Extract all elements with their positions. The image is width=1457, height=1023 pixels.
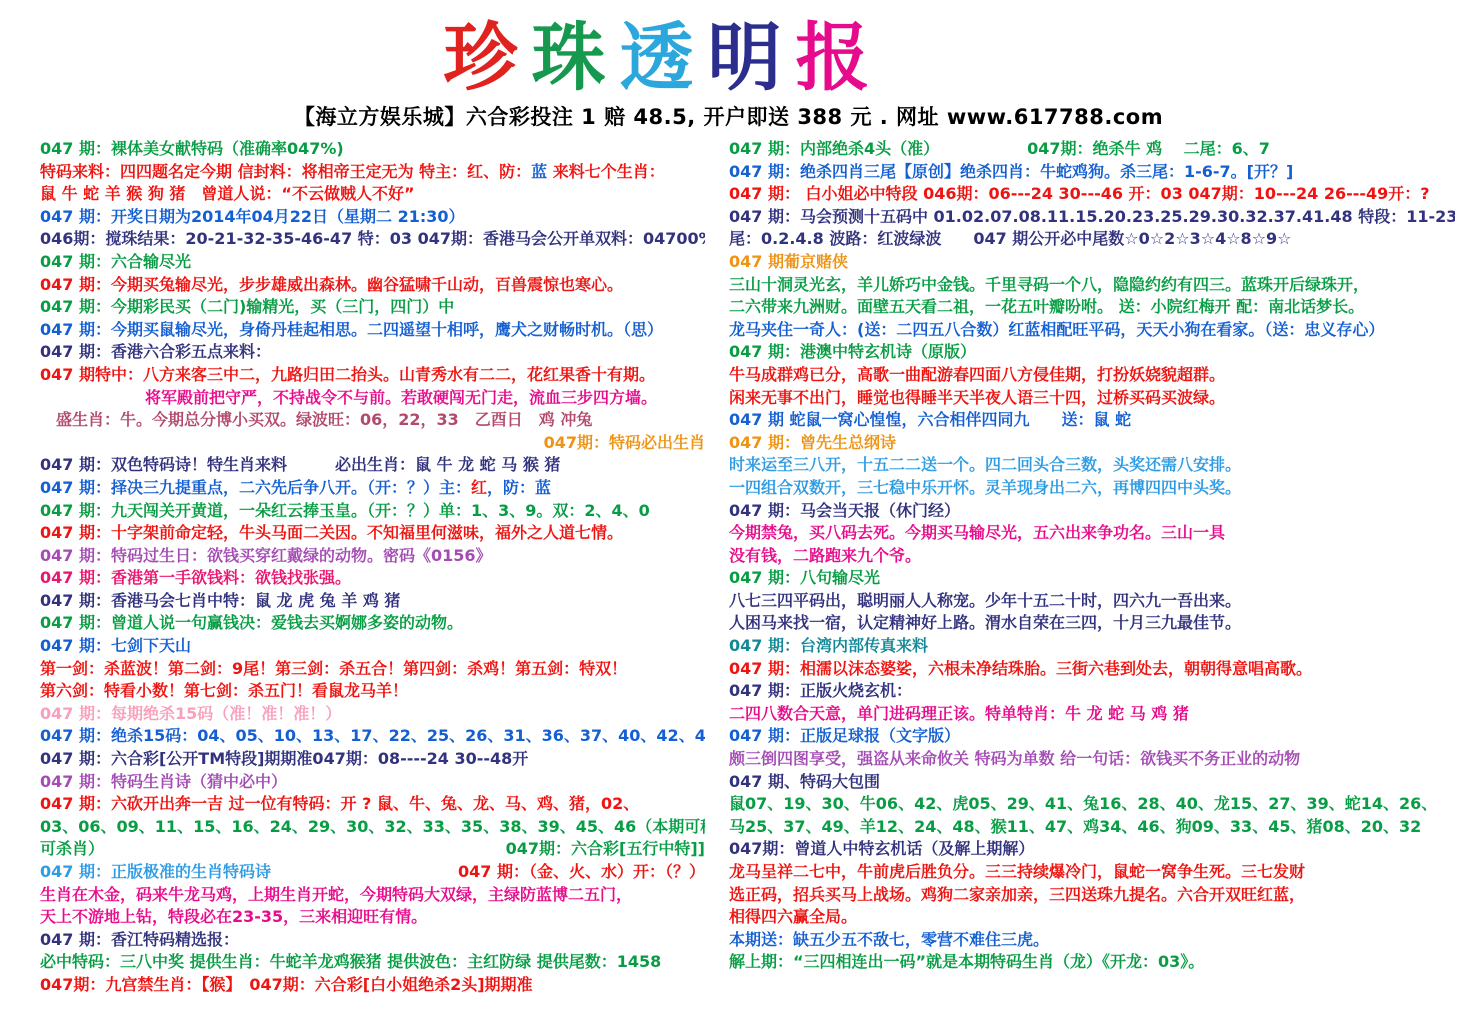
text-segment: 047 期：开奖日期为2014年04月22日（星期二 21:30）: [40, 207, 465, 226]
text-line: 047期：特码必出生肖: [40, 432, 705, 455]
text-segment: 047 期：正版火烧玄机：: [729, 681, 912, 700]
text-line: 尾：0.2.4.8 波路：红波绿波 047 期公开必中尾数☆0☆2☆3☆4☆8☆…: [729, 228, 1455, 251]
text-segment: 047 期：正版足球报（文字版）: [729, 726, 960, 745]
text-segment: 047 期：曾道人说一句赢钱决：爱钱去买婀娜多姿的动物。: [40, 613, 463, 632]
text-segment: 047 期：八句输尽光: [729, 568, 880, 587]
text-segment: 来料七个生肖：: [547, 162, 665, 181]
text-line: 047 期：择决三九提重点，二六先后争八开。（开：？）主：红，防：蓝: [40, 477, 705, 500]
text-line: 047 期：今期买兔输尽光，步步雄威出森林。幽谷猛啸千山动，百兽震惊也寒心。: [40, 274, 705, 297]
text-segment: 047 期：裸体美女献特码（准确率047%): [40, 139, 344, 158]
text-segment: 047 期：相濡以沫态婆娑，六根未净结珠胎。三街六巷到处去，朝朝得意唱高歌。: [729, 659, 1312, 678]
text-segment: 第六剑：特看小数！第七剑：杀五门！看鼠龙马羊！: [40, 681, 408, 700]
text-segment-group: 047 期：正版极准的生肖特码诗: [40, 861, 271, 884]
text-line: 人困马来找一宿，认定精神好上路。渭水自荣在三四，十月三九最佳节。: [729, 612, 1455, 635]
title-char: 珠: [532, 18, 620, 98]
text-segment: 将军殿前把守严，不持战令不与前。若敢硬闯无门走，流血三步四方墙。: [145, 388, 657, 407]
text-line: 047 期：正版极准的生肖特码诗047 期：（金、火、水）开：（？）: [40, 861, 705, 884]
text-line: 047 期：七剑下天山: [40, 635, 705, 658]
text-segment: 时来运至三八开，十五二二送一个。四二回头合三数，头奖还需八安排。: [729, 455, 1241, 474]
text-line: 047 期：绝杀四肖三尾【原创】绝杀四肖：牛蛇鸡狗。杀三尾：1-6-7。[开？]: [729, 161, 1455, 184]
text-line: 047 期：六合输尽光: [40, 251, 705, 274]
text-segment: 047期：六合彩[五行中特]]: [506, 839, 705, 858]
text-segment: 047 期：曾先生总纲诗: [729, 433, 896, 452]
text-segment: 047 期：（金、火、水）开：（？）: [458, 862, 705, 881]
text-segment: 鼠07、19、30、牛06、42、虎05、29、41、兔16、28、40、龙15…: [729, 794, 1437, 813]
text-line: 可杀肖）047期：六合彩[五行中特]]: [40, 838, 705, 861]
text-line: 闲来无事不出门，睡觉也得睡半天半夜人语三十四，过桥买码买波绿。: [729, 387, 1455, 410]
text-segment: 没有钱，二路跑来九个爷。: [729, 546, 921, 565]
text-line: 047 期：香港马会七肖中特：鼠 龙 虎 兔 羊 鸡 猪: [40, 590, 705, 613]
text-line: 047 期：香港六合彩五点来料：: [40, 341, 705, 364]
text-segment: 047期：九宫禁生肖：【猴】 047期：六合彩[白小姐绝杀2头]期期准: [40, 975, 533, 994]
text-segment: 047 期：九天闯关开黄道，一朵红云捧玉皇。（开：？）单：1、3、9。双：2、4…: [40, 501, 650, 520]
report-body: 047 期：裸体美女献特码（准确率047%)特码来料：四四题名定今期 信封料：将…: [0, 138, 1457, 997]
text-segment: 八七三四平码出，聪明丽人人称宠。少年十五二十时，四六九一吾出来。: [729, 591, 1241, 610]
text-line: 047 期：正版火烧玄机：: [729, 680, 1455, 703]
text-segment: 047 期葡京赌侠: [729, 252, 848, 271]
text-line: 047期：曾道人中特玄机话（及解上期解）: [729, 838, 1455, 861]
right-column: 047 期：内部绝杀4头（准） 047期：绝杀牛 鸡 二尾：6、7047 期：绝…: [729, 138, 1455, 997]
text-line: 047 期：每期绝杀15码（准！准！准！）: [40, 703, 705, 726]
text-line: 047 期：曾道人说一句赢钱决：爱钱去买婀娜多姿的动物。: [40, 612, 705, 635]
text-line: 三山十洞灵光玄，羊儿娇巧中金钱。千里寻码一个八，隐隐约约有四三。蓝珠开后绿珠开，: [729, 274, 1455, 297]
text-segment: 047 期：马会预测十五码中 01.02.07.08.11.15.20.23.2…: [729, 207, 1455, 226]
text-segment: 选正码，招兵买马上战场。鸡狗二家亲加亲，三四送珠九提名。六合开双旺红蓝，: [729, 885, 1305, 904]
text-segment: 龙马呈祥二七中，牛前虎后胜负分。三三持续爆冷门，鼠蛇一窝争生死。三七发财: [729, 862, 1305, 881]
text-segment: 047 期：香港马会七肖中特：鼠 龙 虎 兔 羊 鸡 猪: [40, 591, 400, 610]
text-segment-group: 047期：六合彩[五行中特]]: [506, 838, 705, 861]
text-line: 047 期葡京赌侠: [729, 251, 1455, 274]
text-line: 颇三倒四图享受，强盗从来命攸关 特码为单数 给一句话：欲钱买不务正业的动物: [729, 748, 1455, 771]
text-segment: 人困马来找一宿，认定精神好上路。渭水自荣在三四，十月三九最佳节。: [729, 613, 1241, 632]
text-segment-group: 047 期：（金、火、水）开：（？）: [458, 861, 705, 884]
text-segment: 047 期：特码生肖诗（猜中必中）: [40, 772, 287, 791]
text-line: 047 期：特码过生日：欲钱买穿红戴绿的动物。密码《0156》: [40, 545, 705, 568]
text-line: 047 期特中：八方来客三中二，九路归田二抬头。山青秀水有二二，花红果香十有期。: [40, 364, 705, 387]
text-segment: 颇三倒四图享受，强盗从来命攸关 特码为单数 给一句话：欲钱买不务正业的动物: [729, 749, 1300, 768]
text-segment: 047 期：正版极准的生肖特码诗: [40, 862, 271, 881]
text-segment: 今期禁兔，买八码去死。今期买马输尽光，五六出来争功名。三山一具: [729, 523, 1225, 542]
text-segment: 047 期：香江特码精选报：: [40, 930, 239, 949]
text-segment: 可杀肖）: [40, 839, 104, 858]
text-line: 047 期：曾先生总纲诗: [729, 432, 1455, 455]
text-segment: 生肖在木金，码来牛龙马鸡，上期生肖开蛇，今期特码大双绿，主绿防蓝博二五门，: [40, 885, 632, 904]
title-char: 透: [620, 18, 708, 98]
text-line: 时来运至三八开，十五二二送一个。四二回头合三数，头奖还需八安排。: [729, 454, 1455, 477]
text-line: 047 期：十字架前命定轻，牛头马面二关因。不知福里何滋味，福外之人道七情。: [40, 522, 705, 545]
text-line: 天上不游地上钻，特段必在23-35，三来相迎旺有情。: [40, 906, 705, 929]
text-line: 047 期：裸体美女献特码（准确率047%): [40, 138, 705, 161]
text-line: 特码来料：四四题名定今期 信封料：将相帝王定无为 特主：红、防：蓝 来料七个生肖…: [40, 161, 705, 184]
text-segment: 二四八数合天意，单门进码理正该。特单特肖：牛 龙 蛇 马 鸡 猪: [729, 704, 1189, 723]
text-segment: 本期送：缺五少五不敌七，零营不难住三虎。: [729, 930, 1049, 949]
text-segment: 047 期：每期绝杀15码（准！准！准！）: [40, 704, 341, 723]
text-line: 047 期：马会当天报（休门经）: [729, 500, 1455, 523]
text-line: 047 期：马会预测十五码中 01.02.07.08.11.15.20.23.2…: [729, 206, 1455, 229]
text-segment: 047 期：内部绝杀4头（准） 047期：绝杀牛 鸡 二尾：6、7: [729, 139, 1270, 158]
text-line: 龙马夹住一奇人：(送：二四五八合数）红蓝相配旺平码，天天小狗在看家。（送：忠义存…: [729, 319, 1455, 342]
text-segment: 红: [471, 478, 487, 497]
text-line: 本期送：缺五少五不敌七，零营不难住三虎。: [729, 929, 1455, 952]
text-segment: 盛生肖：牛。今期总分博小买双。绿波旺：06，22，33 乙酉日 鸡 冲兔: [56, 410, 592, 429]
header: 珍珠透明报 【海立方娱乐城】六合彩投注 1 赔 48.5, 开户即送 388 元…: [0, 0, 1457, 131]
text-line: 将军殿前把守严，不持战令不与前。若敢硬闯无门走，流血三步四方墙。: [40, 387, 705, 410]
text-segment: 047 期： 白小姐必中特段 046期：06---24 30---46 开：03…: [729, 184, 1430, 203]
text-segment: 047期：曾道人中特玄机话（及解上期解）: [729, 839, 1034, 858]
text-line: 生肖在木金，码来牛龙马鸡，上期生肖开蛇，今期特码大双绿，主绿防蓝博二五门，: [40, 884, 705, 907]
text-line: 047 期：六砍开出奔一吉 过一位有特码：开 ? 鼠、牛、兔、龙、马、鸡、猪，0…: [40, 793, 705, 816]
text-segment: 047 期、特码大包围: [729, 772, 880, 791]
text-line: 047 期： 白小姐必中特段 046期：06---24 30---46 开：03…: [729, 183, 1455, 206]
text-line: 047 期：今期彩民买（二门)输精光，买（三门，四门）中: [40, 296, 705, 319]
text-segment: 047 期：绝杀四肖三尾【原创】绝杀四肖：牛蛇鸡狗。杀三尾：1-6-7。[开？]: [729, 162, 1293, 181]
text-segment: 牛马成群鸡已分，高歌一曲配游春四面八方侵佳期，打扮妖娆貌超群。: [729, 365, 1225, 384]
text-segment: 047 期：十字架前命定轻，牛头马面二关因。不知福里何滋味，福外之人道七情。: [40, 523, 623, 542]
text-segment: 047 期：绝杀15码：04、05、10、13、17、22、25、26、31、3…: [40, 726, 705, 745]
text-line: 047 期：双色特码诗！特生肖来料 必出生肖：鼠 牛 龙 蛇 马 猴 猪: [40, 454, 705, 477]
left-column: 047 期：裸体美女献特码（准确率047%)特码来料：四四题名定今期 信封料：将…: [40, 138, 705, 997]
text-line: 八七三四平码出，聪明丽人人称宠。少年十五二十时，四六九一吾出来。: [729, 590, 1455, 613]
text-segment: 047 期：香港六合彩五点来料：: [40, 342, 271, 361]
text-line: 047 期 蛇鼠一窝心惶惶，六合相伴四同九 送：鼠 蛇: [729, 409, 1455, 432]
text-line: 047期：九宫禁生肖：【猴】 047期：六合彩[白小姐绝杀2头]期期准: [40, 974, 705, 997]
text-segment: 相得四六赢全局。: [729, 907, 857, 926]
text-line: 047 期：六合彩[公开TM特段]期期准047期：08----24 30--48…: [40, 748, 705, 771]
text-line: 047 期：特码生肖诗（猜中必中）: [40, 771, 705, 794]
text-line: 二四八数合天意，单门进码理正该。特单特肖：牛 龙 蛇 马 鸡 猪: [729, 703, 1455, 726]
ad-subtitle: 【海立方娱乐城】六合彩投注 1 赔 48.5, 开户即送 388 元 . 网址 …: [0, 101, 1457, 131]
text-line: 龙马呈祥二七中，牛前虎后胜负分。三三持续爆冷门，鼠蛇一窝争生死。三七发财: [729, 861, 1455, 884]
text-segment: 三山十洞灵光玄，羊儿娇巧中金钱。千里寻码一个八，隐隐约约有四三。蓝珠开后绿珠开，: [729, 275, 1369, 294]
text-line: 相得四六赢全局。: [729, 906, 1455, 929]
text-segment: 047 期：今期买鼠输尽光，身倚丹桂起相思。二四遥望十相呼，鹰犬之财畅时机。（思…: [40, 320, 663, 339]
text-line: 一四组合双数开，三七稳中乐开怀。灵羊现身出二六，再博四四中头奖。: [729, 477, 1455, 500]
text-segment: 03、06、09、11、15、16、24、29、30、32、33、35、38、3…: [40, 817, 705, 836]
text-line: 鼠07、19、30、牛06、42、虎05、29、41、兔16、28、40、龙15…: [729, 793, 1455, 816]
text-line: 047 期：港澳中特玄机诗（原版）: [729, 341, 1455, 364]
text-line: 牛马成群鸡已分，高歌一曲配游春四面八方侵佳期，打扮妖娆貌超群。: [729, 364, 1455, 387]
text-segment: 必中特码：三八中奖 提供生肖：牛蛇羊龙鸡猴猪 提供波色：主红防绿 提供尾数：14…: [40, 952, 661, 971]
text-segment: 047 期：马会当天报（休门经）: [729, 501, 960, 520]
text-line: 047 期、特码大包围: [729, 771, 1455, 794]
text-segment: 047 期：择决三九提重点，二六先后争八开。（开：？）主：: [40, 478, 471, 497]
text-line: 047 期：相濡以沫态婆娑，六根未净结珠胎。三街六巷到处去，朝朝得意唱高歌。: [729, 658, 1455, 681]
text-segment: 天上不游地上钻，特段必在23-35，三来相迎旺有情。: [40, 907, 427, 926]
text-segment: 龙马夹住一奇人：(送：二四五八合数）红蓝相配旺平码，天天小狗在看家。（送：忠义存…: [729, 320, 1384, 339]
text-line: 047 期：香港第一手欲钱料：欲钱找张强。: [40, 567, 705, 590]
text-segment: 047 期：台湾内部传真来料: [729, 636, 928, 655]
text-line: 03、06、09、11、15、16、24、29、30、32、33、35、38、3…: [40, 816, 705, 839]
text-segment: 047期：特码必出生肖: [544, 433, 705, 452]
paper-title: 珍珠透明报: [0, 18, 1392, 98]
text-segment: 047 期：特码过生日：欲钱买穿红戴绿的动物。密码《0156》: [40, 546, 492, 565]
text-segment: ，防：蓝: [487, 478, 551, 497]
text-segment: 鼠 牛 蛇 羊 猴 狗 猪 曾道人说：“不云做贼人不好”: [40, 184, 414, 203]
text-line: 047 期：今期买鼠输尽光，身倚丹桂起相思。二四遥望十相呼，鹰犬之财畅时机。（思…: [40, 319, 705, 342]
title-char: 珍: [444, 18, 532, 98]
text-segment: 047 期：港澳中特玄机诗（原版）: [729, 342, 976, 361]
text-segment: 047 期：双色特码诗！特生肖来料 必出生肖：鼠 牛 龙 蛇 马 猴 猪: [40, 455, 560, 474]
text-segment: 第一剑：杀蓝波！第二剑：9尾！第三剑：杀五合！第四剑：杀鸡！第五剑：特双！: [40, 659, 627, 678]
text-line: 今期禁兔，买八码去死。今期买马输尽光，五六出来争功名。三山一具: [729, 522, 1455, 545]
text-segment: 一四组合双数开，三七稳中乐开怀。灵羊现身出二六，再博四四中头奖。: [729, 478, 1241, 497]
text-segment: 蓝: [531, 162, 547, 181]
text-line: 047 期：台湾内部传真来料: [729, 635, 1455, 658]
text-line: 047 期：开奖日期为2014年04月22日（星期二 21:30）: [40, 206, 705, 229]
text-line: 鼠 牛 蛇 羊 猴 狗 猪 曾道人说：“不云做贼人不好”: [40, 183, 705, 206]
text-line: 047 期：香江特码精选报：: [40, 929, 705, 952]
text-line: 没有钱，二路跑来九个爷。: [729, 545, 1455, 568]
text-segment: 047 期：六合输尽光: [40, 252, 191, 271]
text-line: 第六剑：特看小数！第七剑：杀五门！看鼠龙马羊！: [40, 680, 705, 703]
text-line: 047 期：正版足球报（文字版）: [729, 725, 1455, 748]
text-line: 二六带来九洲财。面壁五天看二祖，一花五叶瓣吩咐。 送：小院红梅开 配：南北话梦长…: [729, 296, 1455, 319]
text-segment: 047 期：今期买兔输尽光，步步雄威出森林。幽谷猛啸千山动，百兽震惊也寒心。: [40, 275, 623, 294]
text-segment: 解上期：“三四相连出一码”就是本期特码生肖（龙）《开龙：03》。: [729, 952, 1204, 971]
text-segment: 046期：搅珠结果：20-21-32-35-46-47 特：03 047期：香港…: [40, 229, 705, 248]
text-line: 选正码，招兵买马上战场。鸡狗二家亲加亲，三四送珠九提名。六合开双旺红蓝，: [729, 884, 1455, 907]
text-line: 047 期：内部绝杀4头（准） 047期：绝杀牛 鸡 二尾：6、7: [729, 138, 1455, 161]
text-line: 第一剑：杀蓝波！第二剑：9尾！第三剑：杀五合！第四剑：杀鸡！第五剑：特双！: [40, 658, 705, 681]
text-segment: 尾：0.2.4.8 波路：红波绿波 047 期公开必中尾数☆0☆2☆3☆4☆8☆…: [729, 229, 1292, 248]
text-line: 046期：搅珠结果：20-21-32-35-46-47 特：03 047期：香港…: [40, 228, 705, 251]
text-segment: 特码来料：四四题名定今期 信封料：将相帝王定无为 特主：红、防：: [40, 162, 531, 181]
text-segment: 二六带来九洲财。面壁五天看二祖，一花五叶瓣吩咐。 送：小院红梅开 配：南北话梦长…: [729, 297, 1364, 316]
title-char: 明: [708, 18, 796, 98]
text-segment: 047 期：七剑下天山: [40, 636, 191, 655]
text-line: 047 期：九天闯关开黄道，一朵红云捧玉皇。（开：？）单：1、3、9。双：2、4…: [40, 500, 705, 523]
text-line: 盛生肖：牛。今期总分博小买双。绿波旺：06，22，33 乙酉日 鸡 冲兔: [40, 409, 705, 432]
text-segment: 047 期 蛇鼠一窝心惶惶，六合相伴四同九 送：鼠 蛇: [729, 410, 1131, 429]
text-segment: 047 期：香港第一手欲钱料：欲钱找张强。: [40, 568, 351, 587]
page: { "header": { "title_chars": [ {"t":"珍",…: [0, 0, 1457, 1023]
text-segment: 047 期：六合彩[公开TM特段]期期准047期：08----24 30--48…: [40, 749, 528, 768]
text-segment: 047 期：六砍开出奔一吉 过一位有特码：开 ? 鼠、牛、兔、龙、马、鸡、猪，0…: [40, 794, 639, 813]
text-segment-group: 可杀肖）: [40, 838, 104, 861]
text-segment: 闲来无事不出门，睡觉也得睡半天半夜人语三十四，过桥买码买波绿。: [729, 388, 1225, 407]
text-segment: 马25、37、49、羊12、24、48、猴11、47、鸡34、46、狗09、33…: [729, 817, 1421, 836]
title-char: 报: [796, 18, 884, 98]
text-line: 047 期：八句输尽光: [729, 567, 1455, 590]
text-segment: 047 期：今期彩民买（二门)输精光，买（三门，四门）中: [40, 297, 454, 316]
text-line: 解上期：“三四相连出一码”就是本期特码生肖（龙）《开龙：03》。: [729, 951, 1455, 974]
text-segment: 047 期特中：八方来客三中二，九路归田二抬头。山青秀水有二二，花红果香十有期。: [40, 365, 655, 384]
text-line: 047 期：绝杀15码：04、05、10、13、17、22、25、26、31、3…: [40, 725, 705, 748]
text-line: 马25、37、49、羊12、24、48、猴11、47、鸡34、46、狗09、33…: [729, 816, 1455, 839]
text-line: 必中特码：三八中奖 提供生肖：牛蛇羊龙鸡猴猪 提供波色：主红防绿 提供尾数：14…: [40, 951, 705, 974]
